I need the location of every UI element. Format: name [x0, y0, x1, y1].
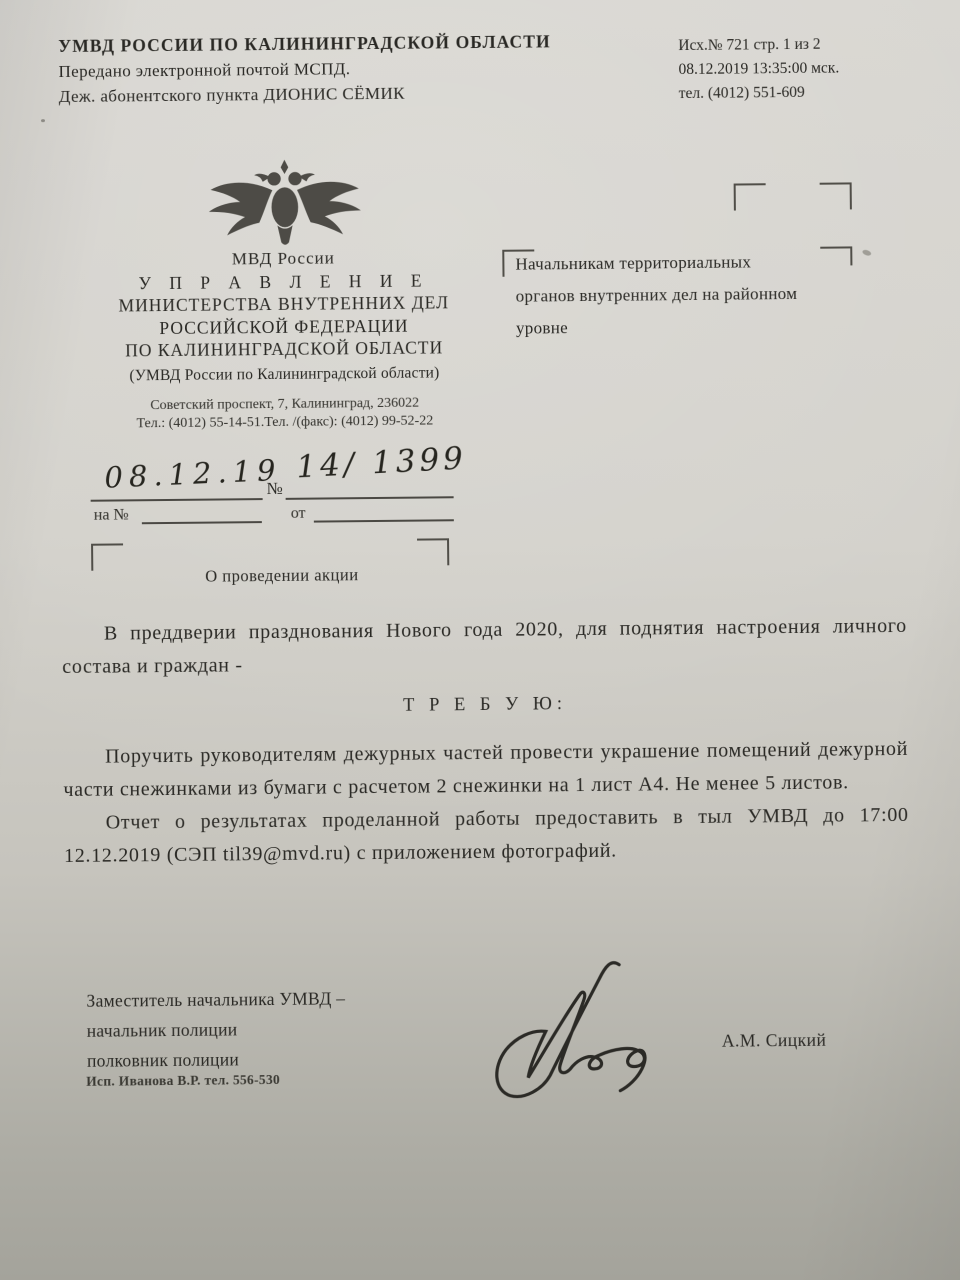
signatory-position-line: начальник полиции [87, 1013, 346, 1045]
signatory-position-line: полковник полиции [87, 1043, 346, 1075]
transmission-org-line: УМВД РОССИИ ПО КАЛИНИНГРАДСКОЙ ОБЛАСТИ [58, 29, 551, 59]
transmission-header: УМВД РОССИИ ПО КАЛИНИНГРАДСКОЙ ОБЛАСТИ П… [58, 29, 551, 109]
outgoing-number-line: Исх.№ 721 стр. 1 из 2 [678, 33, 839, 59]
ref-from-underline [314, 503, 454, 522]
mvd-eagle-emblem-icon [199, 157, 370, 254]
outgoing-phone-line: тел. (4012) 551-609 [679, 81, 840, 107]
outgoing-meta: Исх.№ 721 стр. 1 из 2 08.12.2019 13:35:0… [678, 33, 839, 107]
letterhead: МВД России У П Р А В Л Е Н И Е МИНИСТЕРС… [54, 247, 514, 433]
outgoing-datetime-line: 08.12.2019 13:35:00 мск. [678, 57, 839, 83]
addressee-line: органов внутренних дел на районном [516, 278, 838, 313]
addressee-line: уровне [516, 310, 838, 345]
document-body: В преддверии празднования Нового года 20… [62, 610, 909, 873]
ref-number-label: на № [94, 506, 129, 524]
letterhead-address: Советский проспект, 7, Калининград, 2360… [56, 394, 514, 414]
letterhead-org-short: МВД России [54, 247, 512, 271]
executor-line: Исп. Иванова В.Р. тел. 556-530 [86, 1072, 280, 1090]
corner-mark-top-left [734, 183, 766, 210]
scanned-document-page: УМВД РОССИИ ПО КАЛИНИНГРАДСКОЙ ОБЛАСТИ П… [0, 0, 960, 1280]
number-sign-label: № [266, 479, 282, 499]
number-underline [285, 478, 453, 500]
letterhead-title-line4: ПО КАЛИНИНГРАДСКОЙ ОБЛАСТИ [55, 336, 513, 363]
body-paragraph-report: Отчет о результатах проделанной работы п… [64, 799, 910, 873]
addressee-line: Начальникам территориальных [515, 246, 837, 281]
addressee-block: Начальникам территориальных органов внут… [515, 246, 838, 345]
transmission-operator-line: Деж. абонентского пункта ДИОНИС СЁМИК [59, 79, 552, 109]
scan-noise-dot [41, 119, 45, 122]
letterhead-title-line2: МИНИСТЕРСТВА ВНУТРЕННИХ ДЕЛ [55, 291, 513, 318]
letterhead-phones: Тел.: (4012) 55-14-51.Тел. /(факс): (401… [56, 412, 514, 432]
ref-from-label: от [291, 505, 306, 523]
demand-word: Т Р Е Б У Ю: [62, 685, 907, 726]
ref-number-underline [142, 505, 262, 524]
corner-mark-subject-right [417, 538, 449, 565]
signatory-position-line: Заместитель начальника УМВД – [86, 983, 345, 1015]
body-paragraph-order: Поручить руководителям дежурных частей п… [63, 733, 909, 807]
signature-scribble-icon [471, 946, 705, 1110]
document-subject: О проведении акции [59, 564, 504, 588]
letterhead-abbrev: (УМВД России по Калининградской области) [55, 363, 513, 385]
corner-mark-top-right [820, 182, 852, 209]
signatory-name: А.М. Сицкий [722, 1030, 827, 1052]
date-underline [90, 480, 262, 502]
signatory-position-block: Заместитель начальника УМВД – начальник … [86, 983, 346, 1075]
body-paragraph-intro: В преддверии празднования Нового года 20… [62, 610, 908, 684]
scan-noise-smudge [862, 249, 872, 257]
